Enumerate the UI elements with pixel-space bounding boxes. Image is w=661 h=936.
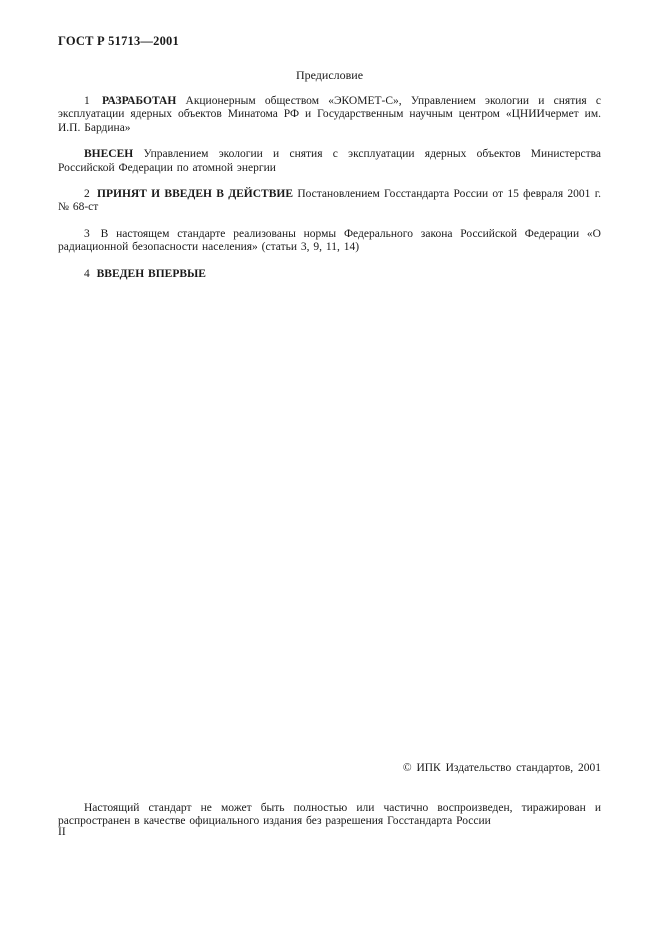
copyright-line: © ИПК Издательство стандартов, 2001 (403, 762, 601, 775)
preface-item-4: 4 ВВЕДЕН ВПЕРВЫЕ (58, 268, 601, 281)
document-code: ГОСТ Р 51713—2001 (58, 34, 601, 48)
preface-item-1: 1 РАЗРАБОТАН Акционерным обществом «ЭКОМ… (58, 95, 601, 135)
page-number: II (58, 826, 66, 839)
item-number: 3 (84, 228, 93, 240)
item-number: 1 (84, 95, 93, 107)
document-page: ГОСТ Р 51713—2001 Предисловие 1 РАЗРАБОТ… (0, 0, 661, 936)
preface-item-3: 3 В настоящем стандарте реализованы норм… (58, 228, 601, 255)
item-text: В настоящем стандарте реализованы нормы … (58, 228, 601, 253)
item-keyword: ПРИНЯТ И ВВЕДЕН В ДЕЙСТВИЕ (97, 188, 293, 200)
item-keyword: РАЗРАБОТАН (102, 95, 176, 107)
preface-item-2: 2 ПРИНЯТ И ВВЕДЕН В ДЕЙСТВИЕ Постановлен… (58, 188, 601, 215)
item-text: Управлением экологии и снятия с эксплуат… (58, 148, 601, 173)
item-keyword: ВНЕСЕН (84, 148, 133, 160)
preface-item-vnesen: ВНЕСЕН Управлением экологии и снятия с э… (58, 148, 601, 175)
item-keyword: ВВЕДЕН ВПЕРВЫЕ (97, 268, 206, 280)
preface-title: Предисловие (58, 69, 601, 82)
item-number: 2 (84, 188, 93, 200)
reproduction-notice: Настоящий стандарт не может быть полност… (58, 802, 601, 829)
item-number: 4 (84, 268, 93, 280)
